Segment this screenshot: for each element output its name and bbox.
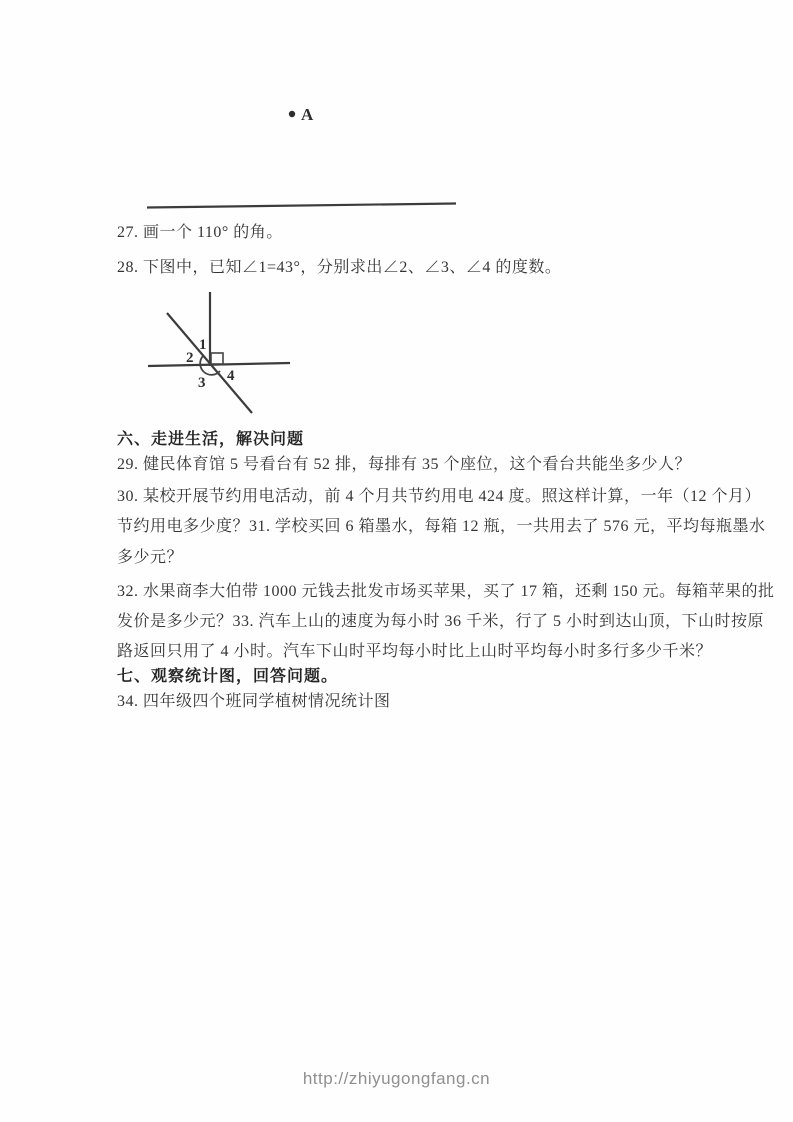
worksheet-page: A 1 2 3 4 27. 画一个 110° 的角。 28. 下图中，已知∠1=… [0,0,793,1122]
question-31-line-2: 多少元？ [117,550,183,566]
question-32-33-line: 发价是多少元？33. 汽车上山的速度为每小时 36 千米，行了 5 小时到达山顶… [117,614,764,630]
section-7-heading: 七、观察统计图，回答问题。 [117,669,338,685]
angle-figure-horizontal-line [148,363,290,366]
angle-arc [200,356,220,375]
question-27: 27. 画一个 110° 的角。 [117,225,283,241]
base-segment-line [147,204,456,208]
question-33-line-2: 路返回只用了 4 小时。汽车下山时平均每小时比上山时平均每小时多行多少千米？ [117,644,712,660]
angle-figure-diagonal-line [167,313,252,413]
angle-label-2: 2 [186,350,194,366]
section-6-heading: 六、走进生活，解决问题 [117,432,304,448]
question-30-line-1: 30. 某校开展节约用电活动，前 4 个月共节约用电 424 度。照这样计算，一… [117,489,761,505]
question-30-31-line: 节约用电多少度？31. 学校买回 6 箱墨水，每箱 12 瓶，一共用去了 576… [117,519,766,535]
angle-label-4: 4 [227,368,235,384]
footer-watermark-url: http://zhiyugongfang.cn [0,1069,793,1089]
point-a-dot [289,111,295,117]
angle-label-3: 3 [198,375,206,391]
question-29: 29. 健民体育馆 5 号看台有 52 排，每排有 35 个座位，这个看台共能坐… [117,457,691,473]
question-32-line-1: 32. 水果商李大伯带 1000 元钱去批发市场买苹果，买了 17 箱，还剩 1… [117,584,775,600]
angle-label-1: 1 [199,337,207,353]
question-28: 28. 下图中，已知∠1=43°，分别求出∠2、∠3、∠4 的度数。 [117,260,561,276]
point-a-label: A [301,105,314,124]
right-angle-marker [211,353,223,364]
question-34: 34. 四年级四个班同学植树情况统计图 [117,694,391,710]
